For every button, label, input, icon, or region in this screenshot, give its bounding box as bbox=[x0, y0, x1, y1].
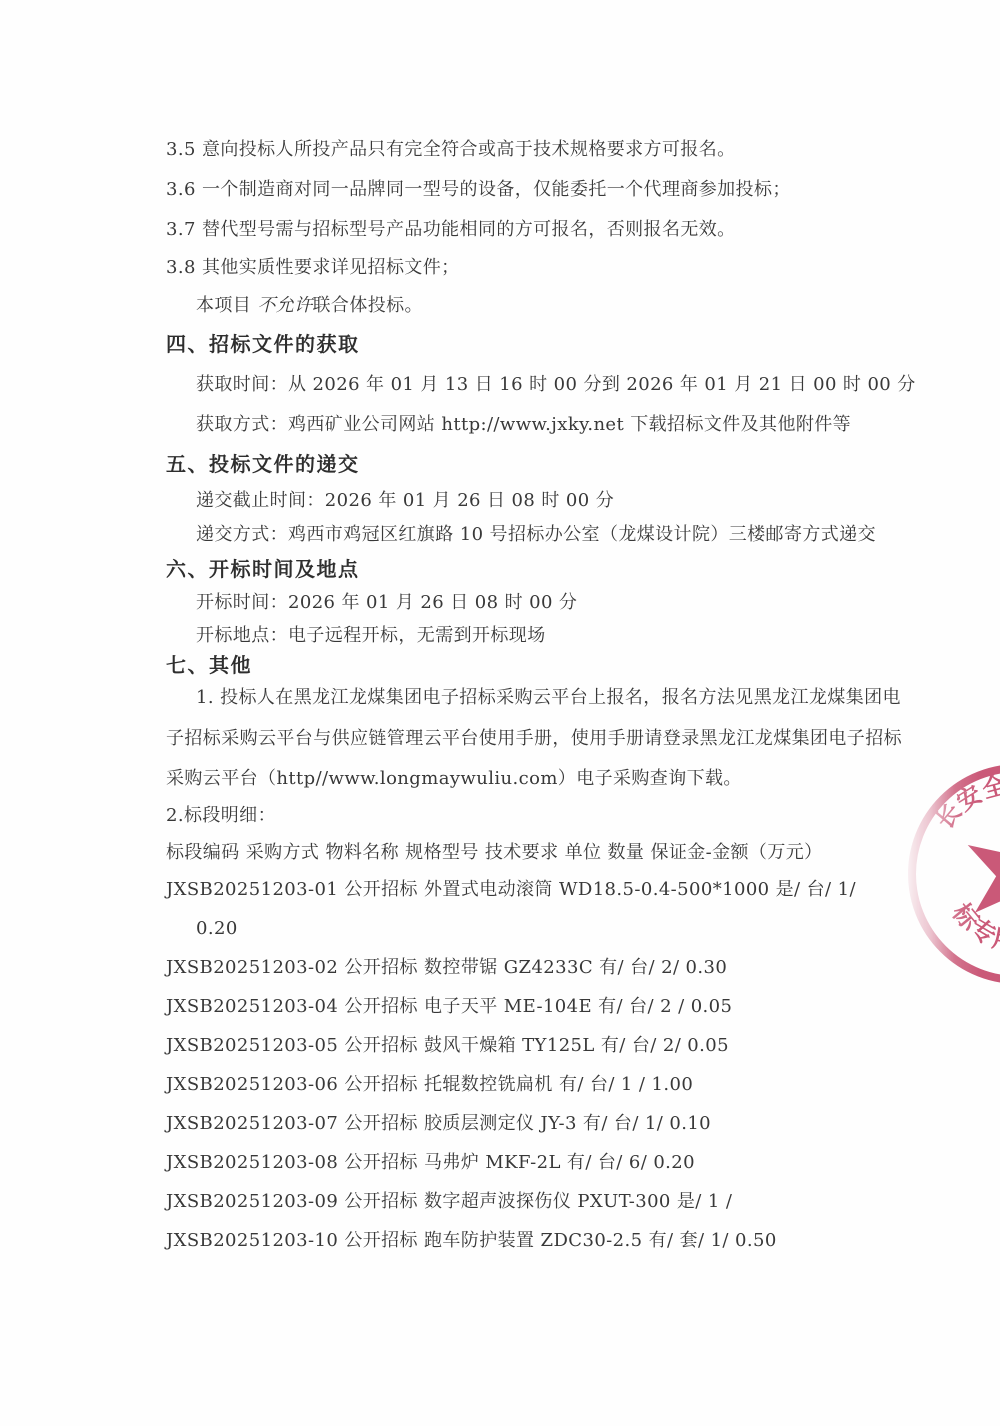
stamp-star-icon bbox=[954, 806, 1000, 932]
section4-obtain-method: 获取方式：鸡西矿业公司网站 http://www.jxky.net 下载招标文件… bbox=[196, 412, 851, 438]
table-row: JXSB20251203-09 公开招标 数字超声波探伤仪 PXUT-300 是… bbox=[166, 1189, 856, 1215]
table-row: JXSB20251203-04 公开招标 电子天平 ME-104E 有/ 台/ … bbox=[166, 994, 856, 1020]
section7-para1-line1: 1. 投标人在黑龙江龙煤集团电子招标采购云平台上报名，报名方法见黑龙江龙煤集团电 bbox=[196, 685, 901, 711]
section7-title: 七、其他 bbox=[166, 652, 252, 678]
table-row: JXSB20251203-07 公开招标 胶质层测定仪 JY-3 有/ 台/ 1… bbox=[166, 1111, 856, 1137]
clause-3-6: 3.6 一个制造商对同一品牌同一型号的设备，仅能委托一个代理商参加投标； bbox=[166, 177, 791, 203]
section7-para1-line3: 采购云平台（http//www.longmaywuliu.com）电子采购查询下… bbox=[166, 766, 742, 792]
table-row: JXSB20251203-06 公开招标 托辊数控铣扁机 有/ 台/ 1 / 1… bbox=[166, 1072, 856, 1098]
section4-obtain-time: 获取时间：从 2026 年 01 月 13 日 16 时 00 分到 2026 … bbox=[196, 372, 916, 398]
red-seal-stamp: 长安全 标专用 bbox=[900, 752, 1000, 1007]
table-row: JXSB20251203-02 公开招标 数控带锯 GZ4233C 有/ 台/ … bbox=[166, 955, 856, 981]
table-rows: JXSB20251203-01 公开招标 外置式电动滚筒 WD18.5-0.4-… bbox=[166, 877, 856, 1267]
clause-3-7: 3.7 替代型号需与招标型号产品功能相同的方可报名，否则报名无效。 bbox=[166, 217, 736, 243]
section7-para2: 2.标段明细： bbox=[166, 803, 276, 829]
section7-para1-line2: 子招标采购云平台与供应链管理云平台使用手册，使用手册请登录黑龙江龙煤集团电子招标 bbox=[166, 726, 902, 752]
red-seal-stamp-graphic: 长安全 标专用 bbox=[900, 752, 1000, 1007]
table-row: JXSB20251203-01 公开招标 外置式电动滚筒 WD18.5-0.4-… bbox=[166, 877, 856, 903]
section5-deadline: 递交截止时间：2026 年 01 月 26 日 08 时 00 分 bbox=[196, 488, 614, 514]
section5-method: 递交方式：鸡西市鸡冠区红旗路 10 号招标办公室（龙煤设计院）三楼邮寄方式递交 bbox=[196, 522, 876, 548]
table-row: JXSB20251203-10 公开招标 跑车防护装置 ZDC30-2.5 有/… bbox=[166, 1228, 856, 1254]
table-header: 标段编码 采购方式 物料名称 规格型号 技术要求 单位 数量 保证金-金额（万元… bbox=[166, 840, 823, 866]
clause-3-5: 3.5 意向投标人所投产品只有完全符合或高于技术规格要求方可报名。 bbox=[166, 137, 736, 163]
scanned-document-page: 3.5 意向投标人所投产品只有完全符合或高于技术规格要求方可报名。 3.6 一个… bbox=[0, 0, 1000, 1426]
section6-title: 六、开标时间及地点 bbox=[166, 556, 360, 582]
table-row: JXSB20251203-05 公开招标 鼓风干燥箱 TY125L 有/ 台/ … bbox=[166, 1033, 856, 1059]
table-row: JXSB20251203-08 公开招标 马弗炉 MKF-2L 有/ 台/ 6/… bbox=[166, 1150, 856, 1176]
section5-title: 五、投标文件的递交 bbox=[166, 451, 360, 477]
no-consortium-emphasis: 不允许 bbox=[257, 295, 312, 316]
stamp-top-text: 长安全 bbox=[930, 769, 1000, 834]
no-consortium-suffix: 联合体投标。 bbox=[313, 295, 423, 316]
clause-3-8: 3.8 其他实质性要求详见招标文件； bbox=[166, 255, 460, 281]
stamp-circle bbox=[912, 768, 1000, 980]
section6-open-time: 开标时间：2026 年 01 月 26 日 08 时 00 分 bbox=[196, 590, 577, 616]
no-consortium-note: 本项目 不允许联合体投标。 bbox=[196, 293, 423, 319]
table-row-continuation: 0.20 bbox=[166, 916, 856, 942]
stamp-bottom-text: 标专用 bbox=[946, 897, 1000, 957]
section6-open-place: 开标地点：电子远程开标，无需到开标现场 bbox=[196, 623, 546, 649]
no-consortium-prefix: 本项目 bbox=[196, 295, 251, 316]
section4-title: 四、招标文件的获取 bbox=[166, 331, 360, 357]
